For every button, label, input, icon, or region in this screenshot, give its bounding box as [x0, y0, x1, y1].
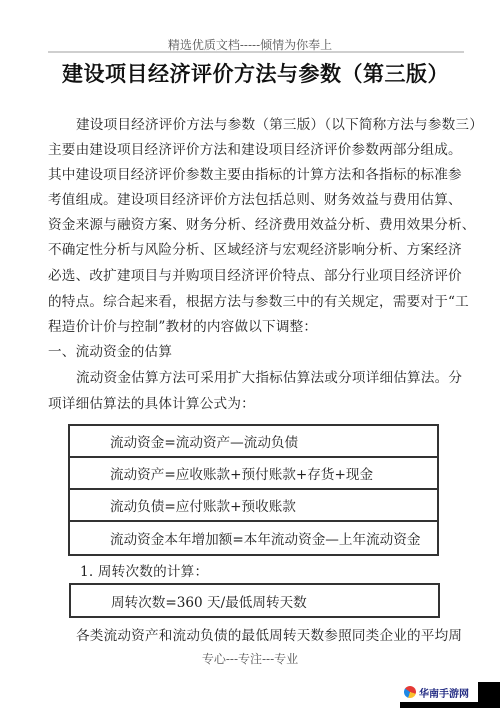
paragraph-line: 资金来源与融资方案、财务分析、经济费用效益分析、费用效果分析、	[48, 213, 476, 233]
paragraph-line: 流动资金估算方法可采用扩大指标估算法或分项详细估算法。分	[76, 366, 462, 386]
formula-table: 流动资金=流动资产—流动负债 流动资产=应收账款+预付账款+存货+现金 流动负债…	[68, 424, 439, 556]
paragraph-line: 必选、改扩建项目与并购项目经济评价特点、部分行业项目经济评价	[48, 264, 462, 284]
paragraph-line: 各类流动资产和流动负债的最低周转天数参照同类企业的平均周	[76, 624, 462, 644]
turnover-formula-box: 周转次数=360 天/最低周转天数	[69, 583, 440, 618]
paragraph-line: 项详细估算法的具体计算公式为：	[48, 392, 255, 412]
paragraph-line: 建设项目经济评价方法与参数（第三版）（以下简称方法与参数三）	[76, 113, 483, 133]
paragraph-line: 考值组成。建设项目经济评价方法包括总则、财务效益与费用估算、	[48, 188, 462, 208]
paragraph-line: 程造价计价与控制”教材的内容做以下调整：	[48, 315, 317, 335]
paragraph-line: 的特点。综合起来看，根据方法与参数三中的有关规定，需要对于“工	[48, 290, 469, 310]
site-watermark: 华南手游网	[400, 682, 500, 708]
formula-row: 流动负债=应付账款+预收账款	[70, 490, 437, 522]
formula-row: 流动资金本年增加额=本年流动资金—上年流动资金	[70, 522, 437, 554]
paragraph-line: 主要由建设项目经济评价方法和建设项目经济评价参数两部分组成。	[48, 138, 462, 158]
section-heading: 一、流动资金的估算	[48, 340, 172, 360]
formula-row: 流动资金=流动资产—流动负债	[70, 426, 437, 458]
header-divider	[48, 51, 464, 53]
formula-row: 流动资产=应收账款+预付账款+存货+现金	[70, 458, 437, 490]
swirl-logo-icon	[404, 686, 416, 698]
subsection-heading: 1. 周转次数的计算：	[80, 560, 208, 580]
document-title: 建设项目经济评价方法与参数（第三版）	[62, 58, 449, 88]
page-footer-text: 专心---专注---专业	[0, 650, 500, 667]
formula-row: 周转次数=360 天/最低周转天数	[71, 585, 438, 616]
paragraph-line: 其中建设项目经济评价参数主要由指标的计算方法和各指标的标准参	[48, 163, 462, 183]
watermark-text: 华南手游网	[419, 685, 469, 700]
paragraph-line: 不确定性分析与风险分析、区域经济与宏观经济影响分析、方案经济	[48, 238, 462, 258]
